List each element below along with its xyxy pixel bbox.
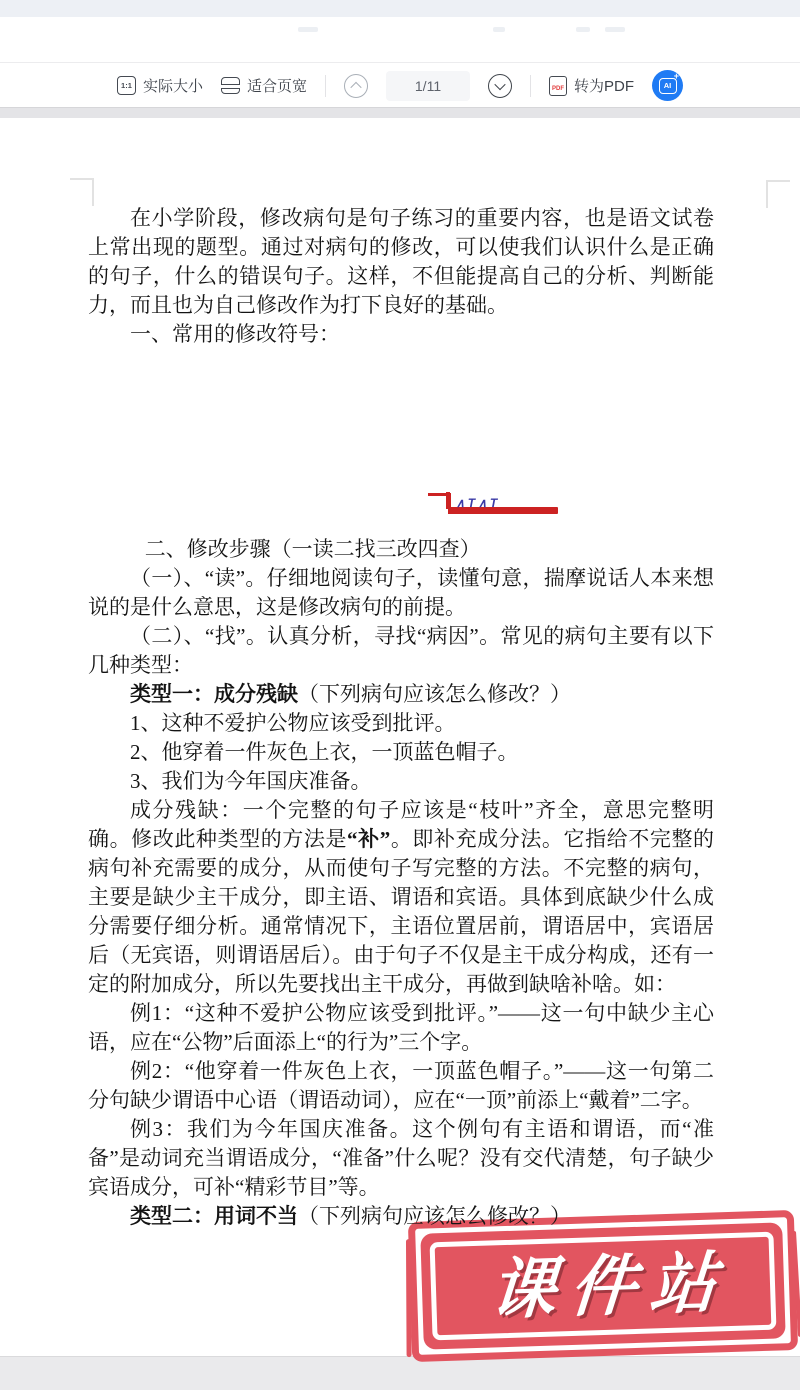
- ghost-toolbar-remnant: [493, 27, 505, 32]
- red-dash-icon: [446, 492, 450, 509]
- chevron-up-icon: [350, 81, 361, 92]
- doc-paragraph: 1、这种不爱护公物应该受到批评。: [88, 709, 714, 738]
- page-margin-marker-left: [70, 178, 94, 206]
- doc-paragraph: 3、我们为今年国庆准备。: [88, 767, 714, 796]
- previous-page-button[interactable]: [344, 74, 368, 98]
- doc-paragraph: 例1：“这种不爱护公物应该受到批评。”——这一句中缺少主心语，应在“公物”后面添…: [88, 999, 714, 1057]
- ai-assistant-button[interactable]: AI: [652, 70, 683, 101]
- ghost-toolbar-remnant: [605, 27, 625, 32]
- stamp-text: 课件站: [474, 1249, 733, 1323]
- doc-paragraph: 类型二：用词不当（下列病句应该怎么修改？）: [88, 1202, 714, 1231]
- actual-size-label: 实际大小: [143, 75, 203, 96]
- fit-width-label: 适合页宽: [247, 75, 307, 96]
- doc-paragraph: 类型一：成分残缺（下列病句应该怎么修改？）: [88, 680, 714, 709]
- actual-size-icon: 1:1: [117, 76, 136, 95]
- actual-size-button[interactable]: 1:1 实际大小: [117, 75, 203, 96]
- chevron-down-icon: [494, 78, 505, 89]
- convert-to-pdf-label: 转为PDF: [574, 75, 634, 96]
- page-indicator-input[interactable]: 1/11: [386, 71, 470, 101]
- ghost-toolbar-remnant: [576, 27, 590, 32]
- stamp-inner-border: 课件站: [430, 1232, 777, 1341]
- toolbar-divider: [325, 75, 326, 97]
- doc-paragraph: 一、常用的修改符号：: [88, 320, 714, 349]
- doc-body-intro: 在小学阶段，修改病句是句子练习的重要内容，也是语文试卷上常出现的题型。通过对病句…: [88, 204, 714, 349]
- document-text: 在小学阶段，修改病句是句子练习的重要内容，也是语文试卷上常出现的题型。通过对病句…: [88, 204, 714, 1231]
- doc-paragraph: 二、修改步骤（一读二找三改四查）: [88, 535, 714, 564]
- correction-symbols-image-area: ∧T∧T: [88, 349, 714, 535]
- canvas-bottom-band: [0, 1356, 800, 1390]
- viewer-window: 1:1 实际大小 适合页宽 1/11 PDF 转为PDF AI: [0, 0, 800, 1390]
- doc-paragraph: 例3：我们为今年国庆准备。这个例句有主语和谓语，而“准备”是动词充当谓语成分，“…: [88, 1115, 714, 1202]
- toolbar-divider: [530, 75, 531, 97]
- blue-insert-text: ∧T∧T: [456, 489, 500, 518]
- fit-width-icon: [221, 77, 240, 94]
- fit-width-button[interactable]: 适合页宽: [221, 75, 307, 96]
- viewer-toolbar: 1:1 实际大小 适合页宽 1/11 PDF 转为PDF AI: [0, 62, 800, 108]
- next-page-button[interactable]: [488, 74, 512, 98]
- window-top-band: [0, 0, 800, 17]
- page-margin-marker-right: [766, 180, 790, 208]
- convert-to-pdf-button[interactable]: PDF 转为PDF: [549, 75, 634, 96]
- stamp-body: 课件站: [420, 1222, 785, 1349]
- doc-body-main: 二、修改步骤（一读二找三改四查）（一）、“读”。仔细地阅读句子，读懂句意，揣摩说…: [88, 535, 714, 1231]
- doc-paragraph: 在小学阶段，修改病句是句子练习的重要内容，也是语文试卷上常出现的题型。通过对病句…: [88, 204, 714, 320]
- doc-paragraph: 成分残缺：一个完整的句子应该是“枝叶”齐全，意思完整明确。修改此种类型的方法是“…: [88, 796, 714, 999]
- doc-paragraph: （一）、“读”。仔细地阅读句子，读懂句意，揣摩说话人本来想说的是什么意思，这是修…: [88, 564, 714, 622]
- document-page: 在小学阶段，修改病句是句子练习的重要内容，也是语文试卷上常出现的题型。通过对病句…: [0, 118, 800, 1356]
- doc-paragraph: 例2：“他穿着一件灰色上衣，一顶蓝色帽子。”——这一句第二分句缺少谓语中心语（谓…: [88, 1057, 714, 1115]
- ai-icon: AI: [659, 78, 677, 94]
- doc-paragraph: 2、他穿着一件灰色上衣，一顶蓝色帽子。: [88, 738, 714, 767]
- doc-paragraph: （二）、“找”。认真分析，寻找“病因”。常见的病句主要有以下几种类型：: [88, 622, 714, 680]
- ghost-toolbar-remnant: [298, 27, 318, 32]
- canvas-gap-strip: [0, 107, 800, 118]
- pdf-file-icon: PDF: [549, 76, 567, 96]
- kejianzhan-watermark-stamp: 课件站: [408, 1210, 798, 1362]
